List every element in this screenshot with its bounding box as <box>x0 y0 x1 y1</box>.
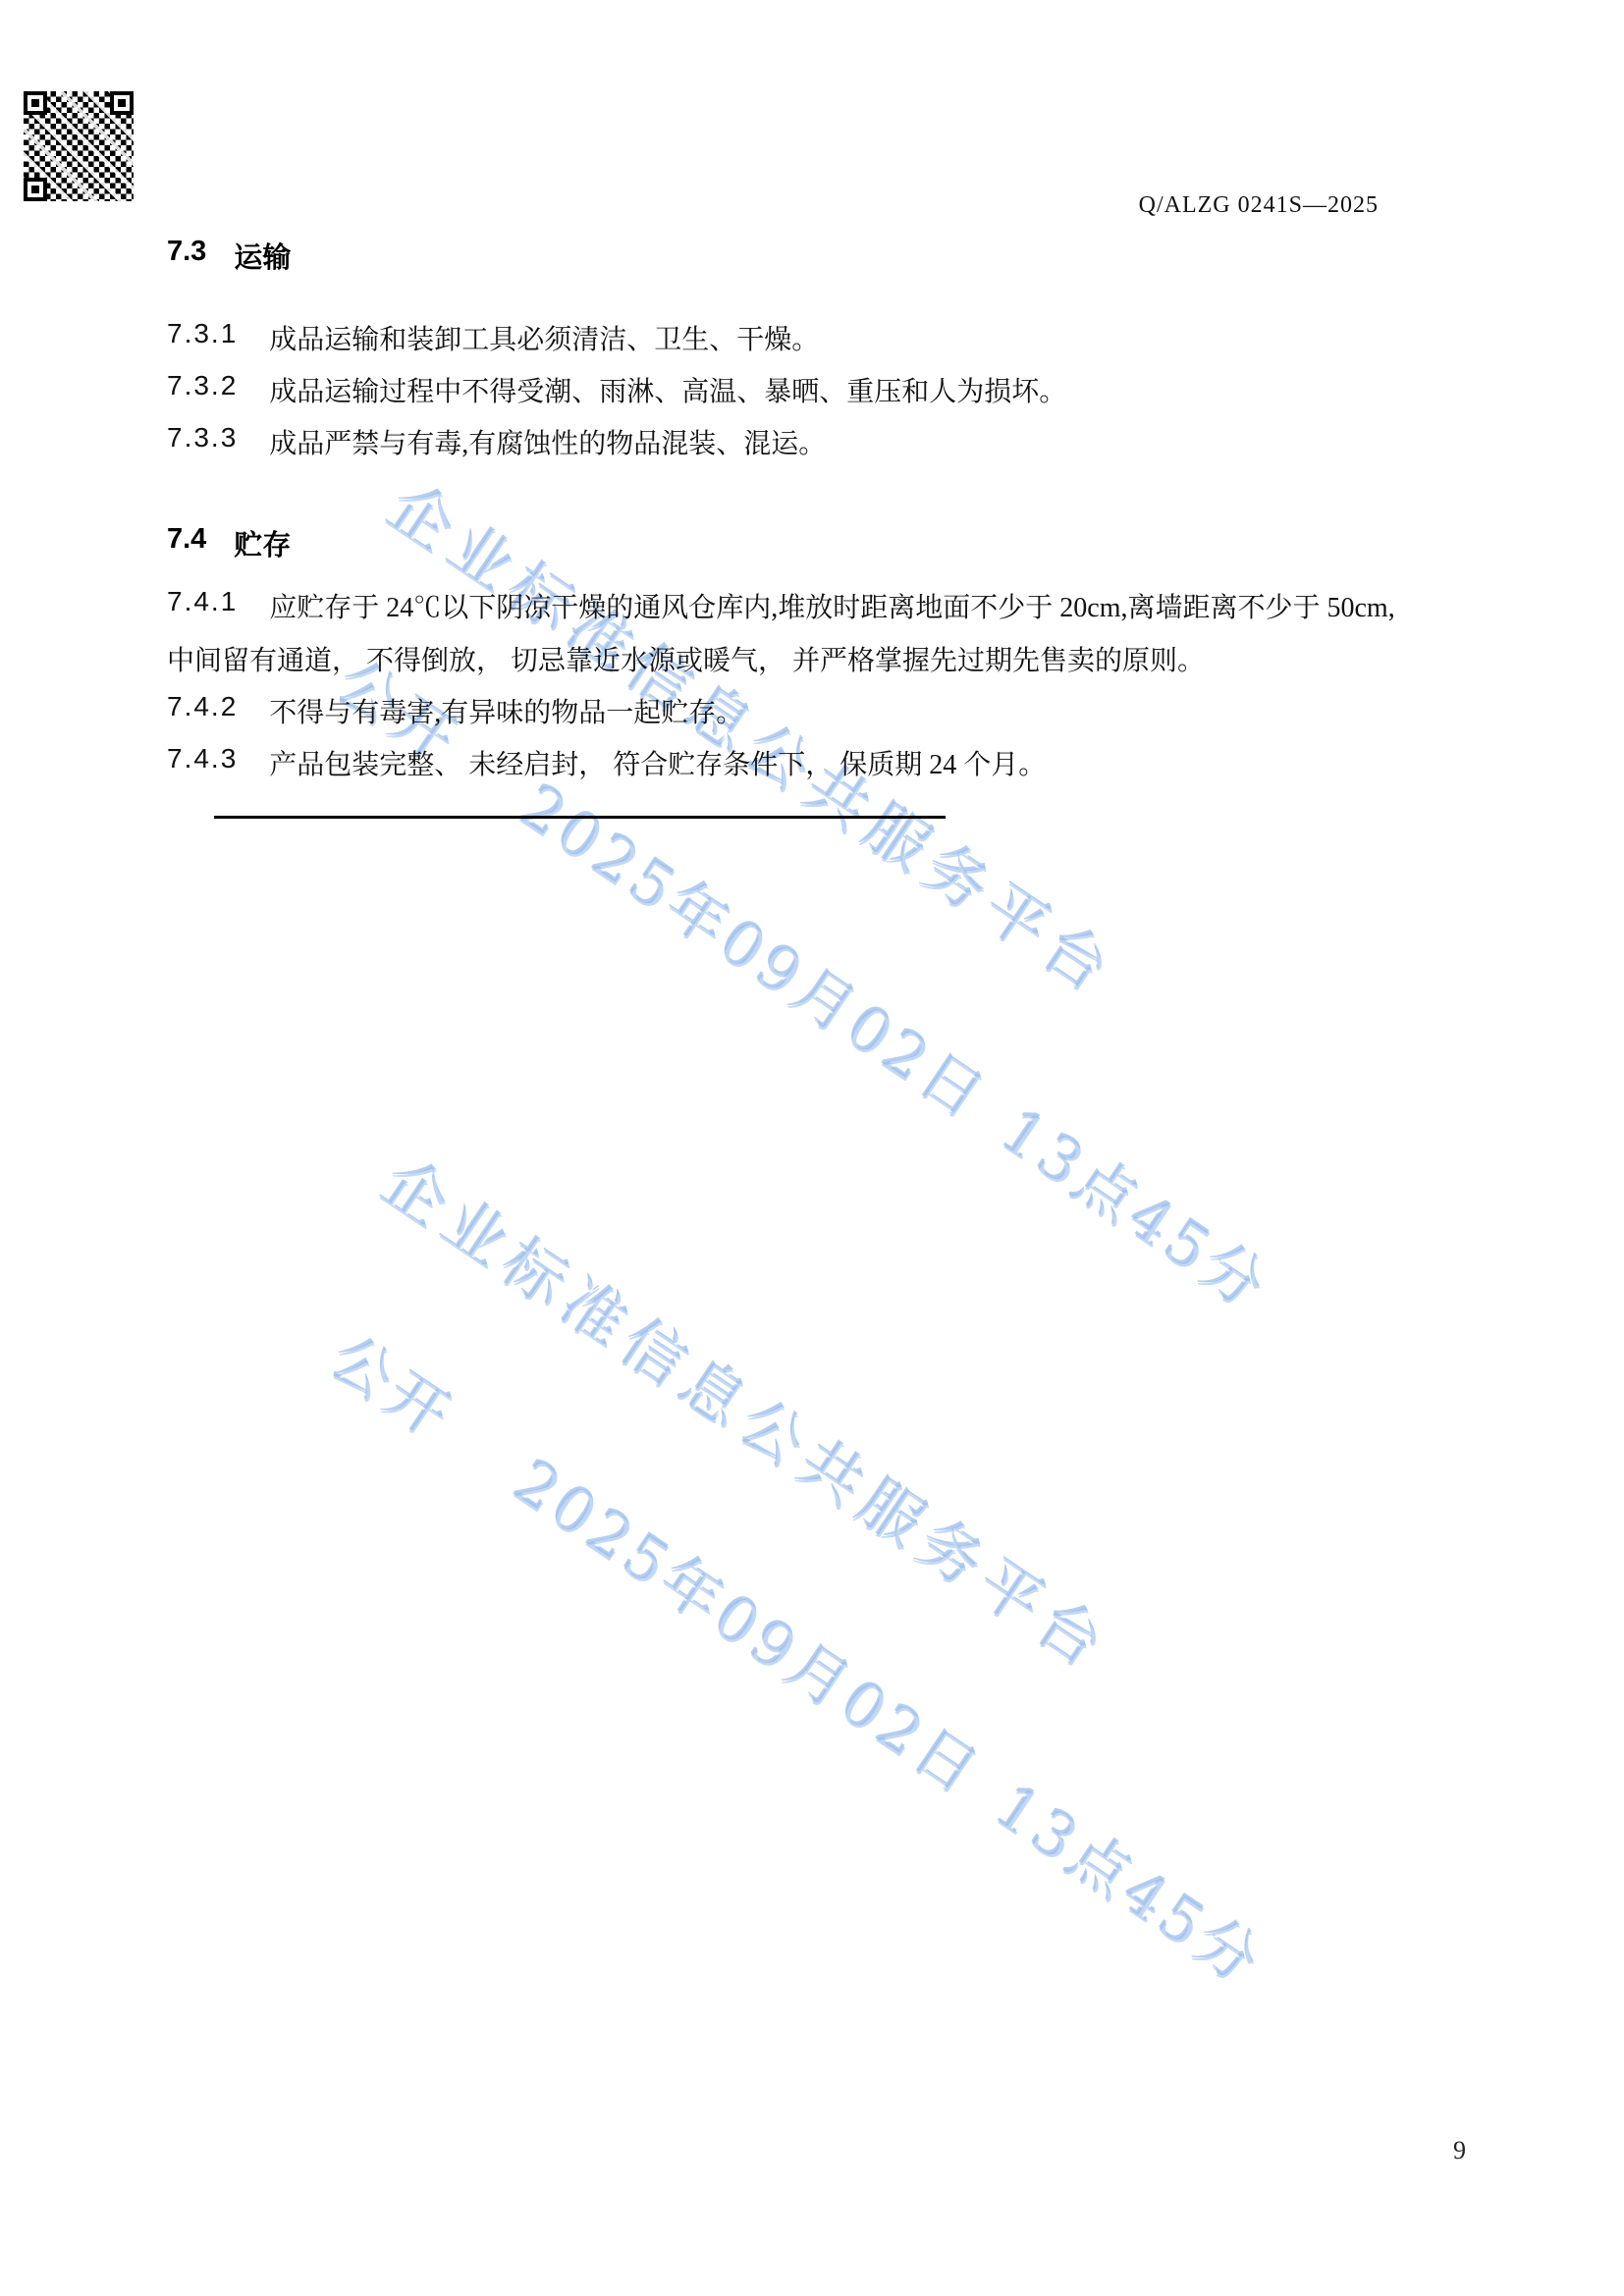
clause-number: 7.3.3 <box>167 422 238 461</box>
watermark-platform-text: 企业标准信息公共服务平台 <box>374 459 1388 1185</box>
section-number: 7.3 <box>167 236 206 276</box>
clause-text: 成品严禁与有毒,有腐蚀性的物品混装、混运。 <box>269 422 826 461</box>
watermark-platform-text: 企业标准信息公共服务平台 <box>368 1135 1382 1860</box>
clause-text: 成品运输和装卸工具必须清洁、卫生、干燥。 <box>269 318 819 357</box>
watermark-date: 2025年09月02日 <box>508 772 1001 1137</box>
watermark-time: 13点45分 <box>989 1095 1282 1326</box>
clause-number: 7.3.1 <box>167 318 238 357</box>
qr-code <box>24 91 134 201</box>
clause-7-3-1: 7.3.1 成品运输和装卸工具必须清洁、卫生、干燥。 <box>167 318 819 357</box>
section-title: 贮存 <box>234 523 291 563</box>
page-number: 9 <box>1453 2136 1466 2165</box>
clause-7-3-2: 7.3.2 成品运输过程中不得受潮、雨淋、高温、暴晒、重压和人为损坏。 <box>167 370 1066 409</box>
watermark-date: 2025年09月02日 <box>502 1447 995 1812</box>
section-7-3-heading: 7.3 运输 <box>167 236 291 276</box>
watermark-public-label: 公开 <box>318 1322 467 1455</box>
clause-7-4-1: 7.4.1 应贮存于 24℃以下阴凉干燥的通风仓库内,堆放时距离地面不少于 20… <box>167 586 1395 625</box>
section-title: 运输 <box>234 236 291 276</box>
clause-7-3-3: 7.3.3 成品严禁与有毒,有腐蚀性的物品混装、混运。 <box>167 422 826 461</box>
qr-finder-bottom-left-icon <box>24 178 47 201</box>
section-7-4-heading: 7.4 贮存 <box>167 523 291 563</box>
clause-number: 7.4.3 <box>167 743 238 782</box>
clause-number: 7.3.2 <box>167 370 238 409</box>
clause-7-4-1-line2: 中间留有通道， 不得倒放， 切忌靠近水源或暖气， 并严格掌握先过期先售卖的原则。 <box>167 639 1205 678</box>
clause-7-4-2: 7.4.2 不得与有毒害,有异味的物品一起贮存。 <box>167 691 743 730</box>
footer-divider-line <box>214 816 946 819</box>
watermark-meta-text: 公开2025年09月02日13点45分 <box>316 1312 1283 2004</box>
clause-number: 7.4.2 <box>167 691 238 730</box>
clause-number: 7.4.1 <box>167 586 238 625</box>
qr-finder-top-right-icon <box>110 91 134 115</box>
clause-7-4-3: 7.4.3 产品包装完整、 未经启封， 符合贮存条件下， 保质期 24 个月。 <box>167 743 1046 782</box>
clause-text: 应贮存于 24℃以下阴凉干燥的通风仓库内,堆放时距离地面不少于 20cm,离墙距… <box>269 586 1394 625</box>
clause-text: 不得与有毒害,有异味的物品一起贮存。 <box>269 691 743 730</box>
clause-text: 产品包装完整、 未经启封， 符合贮存条件下， 保质期 24 个月。 <box>269 743 1046 782</box>
clause-text: 成品运输过程中不得受潮、雨淋、高温、暴晒、重压和人为损坏。 <box>269 370 1066 409</box>
watermark-meta-text: 公开2025年09月02日13点45分 <box>322 637 1289 1329</box>
standard-code: Q/ALZG 0241S—2025 <box>1139 192 1379 219</box>
qr-finder-top-left-icon <box>24 91 47 115</box>
watermark-time: 13点45分 <box>983 1771 1276 2002</box>
watermark-lower: 企业标准信息公共服务平台 公开2025年09月02日13点45分 <box>271 1135 1382 2003</box>
section-number: 7.4 <box>167 523 206 563</box>
